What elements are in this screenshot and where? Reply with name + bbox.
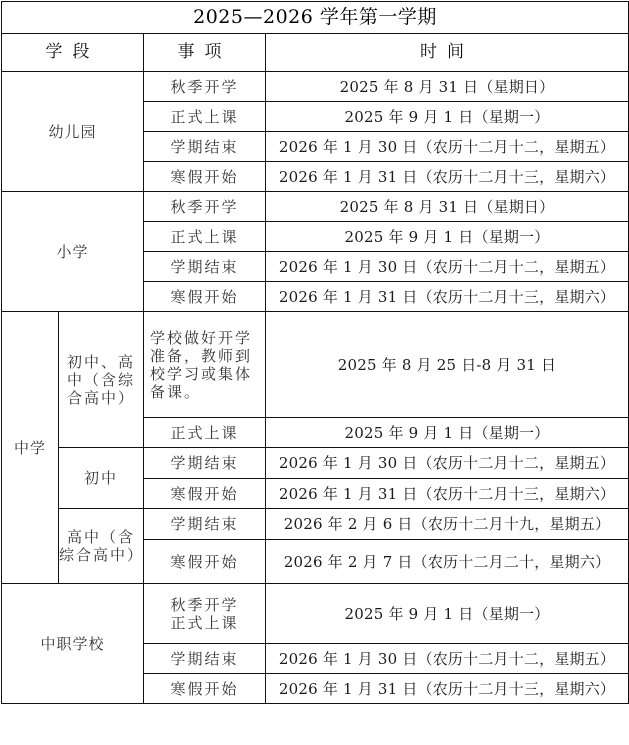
table-row: 幼儿园 秋季开学 2025 年 8 月 31 日（星期日） bbox=[2, 72, 629, 102]
item-cell: 学期结束 bbox=[144, 448, 266, 479]
item-cell: 秋季开学 bbox=[144, 72, 266, 102]
time-cell: 2026 年 1 月 31 日（农历十二月十三，星期六） bbox=[266, 162, 629, 192]
time-cell: 2025 年 9 月 1 日（星期一） bbox=[266, 418, 629, 448]
table-row: 中学 初中、高中（含综合高中） 学校做好开学准备，教师到校学习或集体备课。 20… bbox=[2, 312, 629, 418]
time-cell: 2025 年 9 月 1 日（星期一） bbox=[266, 584, 629, 644]
item-cell: 学期结束 bbox=[144, 252, 266, 282]
segment-middle-school: 中学 bbox=[2, 312, 59, 584]
segment-vocational: 中职学校 bbox=[2, 584, 144, 704]
time-cell: 2025 年 8 月 31 日（星期日） bbox=[266, 72, 629, 102]
subsegment-senior: 高中（含综合高中） bbox=[59, 509, 144, 584]
title-row: 2025—2026 学年第一学期 bbox=[2, 2, 629, 34]
time-cell: 2026 年 1 月 31 日（农历十二月十三，星期六） bbox=[266, 282, 629, 312]
time-cell: 2025 年 9 月 1 日（星期一） bbox=[266, 102, 629, 132]
time-cell: 2026 年 1 月 30 日（农历十二月十二，星期五） bbox=[266, 252, 629, 282]
header-segment: 学段 bbox=[2, 34, 144, 72]
segment-kindergarten: 幼儿园 bbox=[2, 72, 144, 192]
item-cell: 秋季开学 bbox=[144, 192, 266, 222]
time-cell: 2026 年 2 月 6 日（农历十二月十九，星期五） bbox=[266, 509, 629, 540]
item-cell: 正式上课 bbox=[144, 102, 266, 132]
item-cell: 寒假开始 bbox=[144, 479, 266, 509]
time-cell: 2026 年 1 月 31 日（农历十二月十三，星期六） bbox=[266, 479, 629, 509]
time-cell: 2026 年 1 月 31 日（农历十二月十三，星期六） bbox=[266, 674, 629, 704]
item-cell: 寒假开始 bbox=[144, 674, 266, 704]
table-row: 高中（含综合高中） 学期结束 2026 年 2 月 6 日（农历十二月十九，星期… bbox=[2, 509, 629, 540]
item-cell-combined: 秋季开学 正式上课 bbox=[144, 584, 266, 644]
table-row: 初中 学期结束 2026 年 1 月 30 日（农历十二月十二，星期五） bbox=[2, 448, 629, 479]
item-cell: 学期结束 bbox=[144, 509, 266, 540]
subsegment-junior-senior: 初中、高中（含综合高中） bbox=[59, 312, 144, 448]
segment-primary: 小学 bbox=[2, 192, 144, 312]
time-cell: 2026 年 2 月 7 日（农历十二月二十，星期六） bbox=[266, 540, 629, 584]
time-cell: 2025 年 8 月 31 日（星期日） bbox=[266, 192, 629, 222]
header-row: 学段 事项 时间 bbox=[2, 34, 629, 72]
time-cell: 2025 年 8 月 25 日-8 月 31 日 bbox=[266, 312, 629, 418]
table-title: 2025—2026 学年第一学期 bbox=[2, 2, 629, 34]
time-cell: 2025 年 9 月 1 日（星期一） bbox=[266, 222, 629, 252]
semester-calendar-table: 2025—2026 学年第一学期 学段 事项 时间 幼儿园 秋季开学 2025 … bbox=[1, 1, 629, 704]
item-cell: 学期结束 bbox=[144, 132, 266, 162]
time-cell: 2026 年 1 月 30 日（农历十二月十二，星期五） bbox=[266, 448, 629, 479]
item-cell: 寒假开始 bbox=[144, 540, 266, 584]
table-row: 中职学校 秋季开学 正式上课 2025 年 9 月 1 日（星期一） bbox=[2, 584, 629, 644]
item-line: 秋季开学 bbox=[144, 596, 265, 614]
time-cell: 2026 年 1 月 30 日（农历十二月十二，星期五） bbox=[266, 644, 629, 674]
time-cell: 2026 年 1 月 30 日（农历十二月十二，星期五） bbox=[266, 132, 629, 162]
school-calendar-document: 2025—2026 学年第一学期 学段 事项 时间 幼儿园 秋季开学 2025 … bbox=[1, 1, 628, 744]
item-cell: 寒假开始 bbox=[144, 282, 266, 312]
item-cell: 正式上课 bbox=[144, 418, 266, 448]
item-line: 正式上课 bbox=[144, 614, 265, 632]
header-time: 时间 bbox=[266, 34, 629, 72]
header-item: 事项 bbox=[144, 34, 266, 72]
subsegment-junior: 初中 bbox=[59, 448, 144, 509]
table-row: 小学 秋季开学 2025 年 8 月 31 日（星期日） bbox=[2, 192, 629, 222]
item-cell: 学期结束 bbox=[144, 644, 266, 674]
item-cell-preparation: 学校做好开学准备，教师到校学习或集体备课。 bbox=[144, 312, 266, 418]
item-cell: 寒假开始 bbox=[144, 162, 266, 192]
item-cell: 正式上课 bbox=[144, 222, 266, 252]
